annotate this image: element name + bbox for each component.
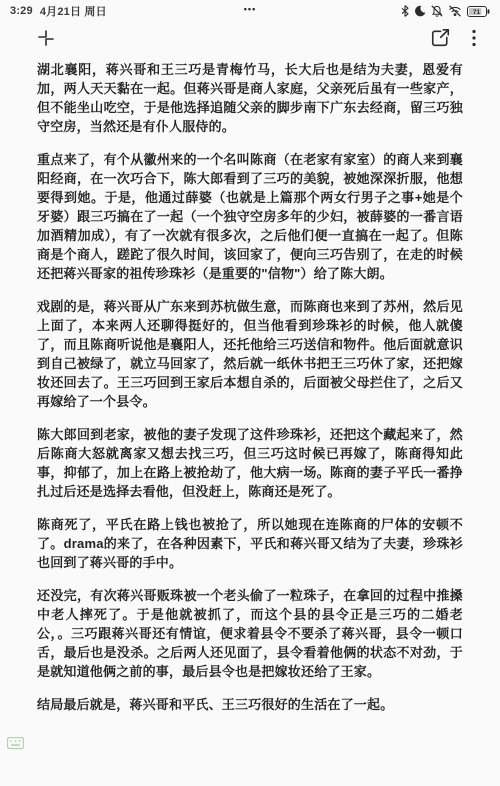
do-not-disturb-moon-icon <box>414 5 426 17</box>
article-paragraph: 还没完，有次蒋兴哥贩珠被一个老头偷了一粒珠子，在拿回的过程中推搡中老人摔死了。于… <box>37 586 463 681</box>
status-right: 71 <box>401 5 490 17</box>
clock: 3:29 <box>10 5 33 17</box>
toolbar-actions <box>428 26 478 50</box>
status-bar: 3:29 4月21日 周日 ••• <box>0 0 500 20</box>
wifi-off-icon <box>448 5 462 17</box>
article-paragraph: 陈商死了，平氏在路上钱也被抢了，所以她现在连陈商的尸体的安顿不了。drama的来… <box>37 515 463 572</box>
overflow-menu-icon <box>472 35 476 50</box>
battery-icon: 71 <box>467 6 490 17</box>
battery-percent-text: 71 <box>473 9 481 16</box>
overflow-menu-button[interactable] <box>470 27 478 49</box>
article-paragraph: 陈大郎回到老家，被他的妻子发现了这件珍珠衫，还把这个藏起来了，然后陈商大怒就离家… <box>37 425 463 501</box>
bluetooth-icon <box>401 5 409 17</box>
article-paragraph: 戏剧的是，蒋兴哥从广东来到苏杭做生意，而陈商也来到了苏州，然后见上面了，本来两人… <box>37 297 463 411</box>
screen: 3:29 4月21日 周日 ••• <box>0 0 500 786</box>
status-left: 3:29 4月21日 周日 <box>10 3 107 19</box>
toolbar <box>0 24 500 54</box>
article-paragraph: 结局最后就是，蒋兴哥和平氏、王三巧很好的生活在了一起。 <box>37 695 463 714</box>
article-paragraph: 湖北襄阳，蒋兴哥和王三巧是青梅竹马，长大后也是结为夫妻，恩爱有加，两人天天黏在一… <box>37 60 463 136</box>
share-button[interactable] <box>428 26 452 50</box>
alarm-off-icon <box>431 5 443 17</box>
keyboard-icon[interactable] <box>7 737 24 756</box>
status-date: 4月21日 周日 <box>40 3 107 19</box>
article-body: 湖北襄阳，蒋兴哥和王三巧是青梅竹马，长大后也是结为夫妻，恩爱有加，两人天天黏在一… <box>37 60 463 728</box>
camera-cutout-dots: ••• <box>244 4 256 14</box>
resize-corner-icon[interactable] <box>36 28 56 53</box>
share-icon <box>430 36 450 51</box>
article-paragraph: 重点来了，有个从徽州来的一个名叫陈商（在老家有家室）的商人来到襄阳经商，在一次巧… <box>37 150 463 283</box>
